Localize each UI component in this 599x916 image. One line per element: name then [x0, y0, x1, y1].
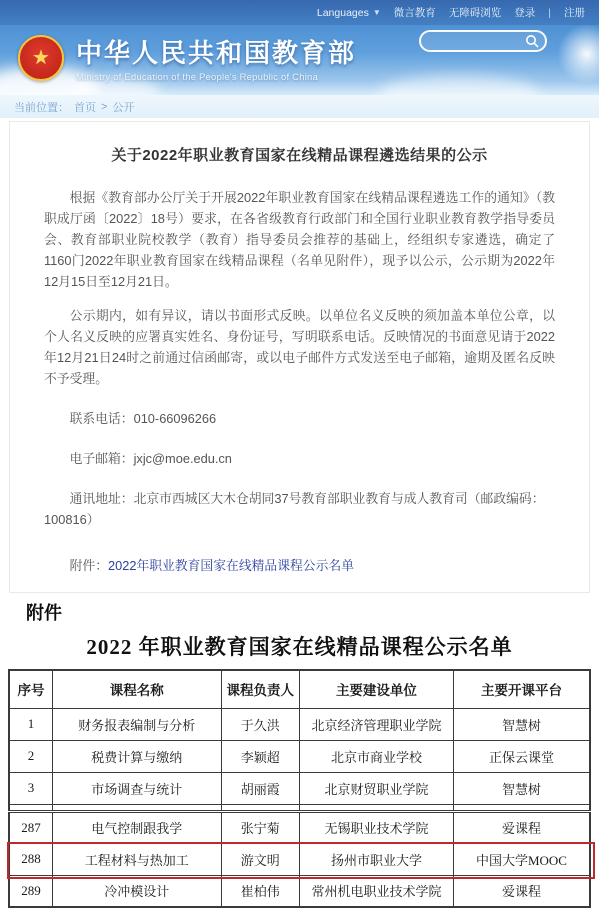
header-cell-leader: 课程负责人: [221, 670, 299, 708]
table-row: 1 财务报表编制与分析 于久洪 北京经济管理职业学院 智慧树: [9, 708, 590, 740]
cell-leader: 胡丽霞: [221, 772, 299, 804]
cell-platform: 智慧树: [453, 708, 590, 740]
cell-no: 2: [9, 740, 53, 772]
table-row-highlighted: 288 工程材料与热加工 游文明 扬州市职业大学 中国大学MOOC: [9, 843, 590, 875]
topbar-link-accessibility[interactable]: 无障碍浏览: [449, 5, 502, 20]
contact-email: 电子邮箱：jxjc@moe.edu.cn: [44, 448, 555, 469]
cell-course: 财务报表编制与分析: [53, 708, 221, 740]
cell-leader: 游文明: [221, 843, 299, 875]
national-emblem-logo: ★: [18, 35, 64, 81]
cell-no: 288: [9, 843, 53, 875]
topbar-link-register[interactable]: 注册: [564, 5, 585, 20]
cell-org: 常州机电职业技术学院: [299, 875, 453, 907]
cell-platform: 爱课程: [453, 875, 590, 907]
cell-org: 扬州市职业大学: [299, 843, 453, 875]
announcement-paragraph-2: 公示期内，如有异议，请以书面形式反映。以单位名义反映的须加盖本单位公章，以个人名…: [44, 305, 555, 389]
cell-course: 市场调查与统计: [53, 772, 221, 804]
appendix-heading: 附件: [26, 599, 599, 625]
header-cell-org: 主要建设单位: [299, 670, 453, 708]
chevron-down-icon: ▼: [373, 8, 381, 17]
site-header: Languages ▼ 微言教育 无障碍浏览 登录 | 注册 ★ 中华人民共和国…: [0, 0, 599, 95]
header-cell-no: 序号: [9, 670, 53, 708]
search-button[interactable]: [525, 34, 539, 48]
header-cell-platform: 主要开课平台: [453, 670, 590, 708]
announcement-card: 关于2022年职业教育国家在线精品课程遴选结果的公示 根据《教育部办公厅关于开展…: [9, 121, 590, 593]
breadcrumb: 当前位置： 首页 > 公开: [0, 95, 599, 118]
course-table-wrap: 序号 课程名称 课程负责人 主要建设单位 主要开课平台 1 财务报表编制与分析 …: [8, 669, 591, 908]
topbar-link-weiyan[interactable]: 微言教育: [394, 5, 436, 20]
topbar: Languages ▼ 微言教育 无障碍浏览 登录 | 注册: [0, 0, 599, 25]
search-icon: [525, 34, 539, 48]
breadcrumb-home-link[interactable]: 首页: [74, 99, 96, 115]
breadcrumb-separator: >: [101, 101, 107, 113]
cell-platform: 正保云课堂: [453, 740, 590, 772]
breadcrumb-label: 当前位置：: [14, 99, 69, 115]
cell-leader: 李颖超: [221, 740, 299, 772]
attachment-link[interactable]: 2022年职业教育国家在线精品课程公示名单: [108, 558, 354, 573]
table-row: 3 市场调查与统计 胡丽霞 北京财贸职业学院 智慧树: [9, 772, 590, 804]
star-icon: ★: [32, 48, 50, 68]
announcement-paragraph-1: 根据《教育部办公厅关于开展2022年职业教育国家在线精品课程遴选工作的通知》（教…: [44, 187, 555, 292]
cell-org: 北京经济管理职业学院: [299, 708, 453, 740]
topbar-link-login[interactable]: 登录: [514, 5, 535, 20]
search-input[interactable]: [431, 35, 525, 47]
cell-platform: 中国大学MOOC: [453, 843, 590, 875]
cell-org: 无锡职业技术学院: [299, 811, 453, 843]
cell-leader: 崔柏伟: [221, 875, 299, 907]
table-row: 287 电气控制跟我学 张宁菊 无锡职业技术学院 爱课程: [9, 811, 590, 843]
search-box[interactable]: [419, 30, 547, 52]
cell-org: 北京财贸职业学院: [299, 772, 453, 804]
cell-no: 3: [9, 772, 53, 804]
cell-no: 289: [9, 875, 53, 907]
cell-platform: 智慧树: [453, 772, 590, 804]
contact-address: 通讯地址：北京市西城区大木仓胡同37号教育部职业教育与成人教育司（邮政编码：10…: [44, 488, 555, 530]
table-header-row: 序号 课程名称 课程负责人 主要建设单位 主要开课平台: [9, 670, 590, 708]
cell-no: 1: [9, 708, 53, 740]
cell-org: 北京市商业学校: [299, 740, 453, 772]
site-title-zh: 中华人民共和国教育部: [76, 33, 356, 70]
cell-course: 电气控制跟我学: [53, 811, 221, 843]
cell-course: 冷冲模设计: [53, 875, 221, 907]
announcement-title: 关于2022年职业教育国家在线精品课程遴选结果的公示: [44, 144, 555, 165]
site-title-en: Ministry of Education of the People's Re…: [76, 72, 356, 83]
cell-platform: 爱课程: [453, 811, 590, 843]
cell-course: 工程材料与热加工: [53, 843, 221, 875]
languages-label[interactable]: Languages: [317, 7, 369, 19]
page: Languages ▼ 微言教育 无障碍浏览 登录 | 注册 ★ 中华人民共和国…: [0, 0, 599, 916]
cell-leader: 张宁菊: [221, 811, 299, 843]
course-list-title: 2022 年职业教育国家在线精品课程公示名单: [0, 631, 599, 661]
cell-no: 287: [9, 811, 53, 843]
cell-course: 税费计算与缴纳: [53, 740, 221, 772]
contact-phone: 联系电话：010-66096266: [44, 408, 555, 429]
attachment-label: 附件：: [70, 558, 108, 573]
table-row: 2 税费计算与缴纳 李颖超 北京市商业学校 正保云课堂: [9, 740, 590, 772]
topbar-divider: |: [548, 7, 551, 19]
attachment-line: 附件：2022年职业教育国家在线精品课程公示名单: [44, 555, 555, 576]
header-cell-course: 课程名称: [53, 670, 221, 708]
course-table: 序号 课程名称 课程负责人 主要建设单位 主要开课平台 1 财务报表编制与分析 …: [8, 669, 591, 908]
brand-text: 中华人民共和国教育部 Ministry of Education of the …: [76, 33, 356, 83]
breadcrumb-section-link[interactable]: 公开: [112, 99, 134, 115]
table-row: 289 冷冲模设计 崔柏伟 常州机电职业技术学院 爱课程: [9, 875, 590, 907]
languages-menu[interactable]: Languages ▼: [317, 7, 381, 19]
cell-leader: 于久洪: [221, 708, 299, 740]
table-seam-row: [9, 804, 590, 811]
